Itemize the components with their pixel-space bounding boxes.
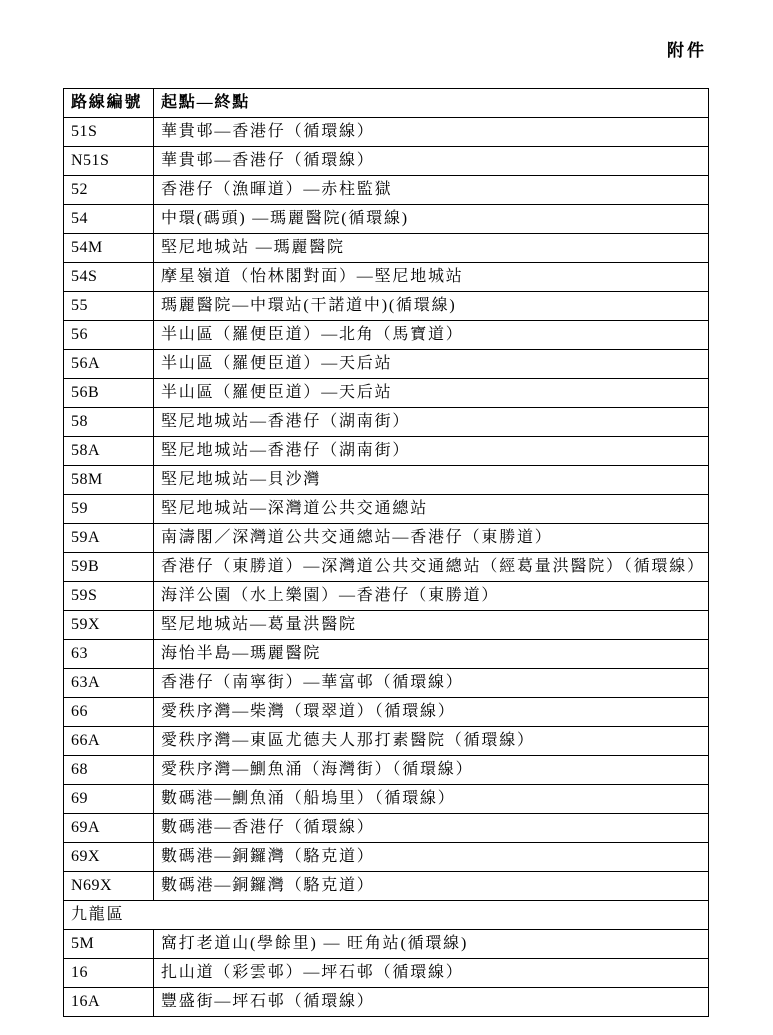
table-row: N69X數碼港—銅鑼灣（駱克道） xyxy=(64,872,709,901)
table-row: 51S華貴邨—香港仔（循環線） xyxy=(64,118,709,147)
route-number-cell: 58 xyxy=(64,408,154,437)
route-number-cell: 69X xyxy=(64,843,154,872)
route-number-cell: 16A xyxy=(64,988,154,1017)
route-endpoints-cell: 南濤閣／深灣道公共交通總站—香港仔（東勝道） xyxy=(154,524,709,553)
route-endpoints-cell: 半山區（羅便臣道）—天后站 xyxy=(154,379,709,408)
route-number-cell: 66 xyxy=(64,698,154,727)
route-endpoints-cell: 香港仔（漁暉道）—赤柱監獄 xyxy=(154,176,709,205)
route-endpoints-cell: 堅尼地城站—香港仔（湖南街） xyxy=(154,437,709,466)
route-number-cell: 5M xyxy=(64,930,154,959)
route-number-cell: 58A xyxy=(64,437,154,466)
route-number-cell: 56B xyxy=(64,379,154,408)
route-number-cell: 59A xyxy=(64,524,154,553)
table-row: 58A堅尼地城站—香港仔（湖南街） xyxy=(64,437,709,466)
route-endpoints-cell: 堅尼地城站 —瑪麗醫院 xyxy=(154,234,709,263)
route-number-cell: 16 xyxy=(64,959,154,988)
route-number-cell: 55 xyxy=(64,292,154,321)
route-endpoints-cell: 香港仔（東勝道）—深灣道公共交通總站（經葛量洪醫院）（循環線） xyxy=(154,553,709,582)
route-endpoints-cell: 半山區（羅便臣道）—天后站 xyxy=(154,350,709,379)
route-endpoints-cell: 海怡半島—瑪麗醫院 xyxy=(154,640,709,669)
table-row: 68愛秩序灣—鰂魚涌（海灣街）（循環線） xyxy=(64,756,709,785)
route-endpoints-cell: 愛秩序灣—鰂魚涌（海灣街）（循環線） xyxy=(154,756,709,785)
route-endpoints-cell: 摩星嶺道（怡林閣對面）—堅尼地城站 xyxy=(154,263,709,292)
route-number-cell: 69A xyxy=(64,814,154,843)
table-row: 16A豐盛街—坪石邨（循環線） xyxy=(64,988,709,1017)
route-number-cell: 63 xyxy=(64,640,154,669)
table-row: 69A數碼港—香港仔（循環線） xyxy=(64,814,709,843)
route-number-cell: 68 xyxy=(64,756,154,785)
attachment-label: 附件 xyxy=(667,36,707,61)
route-endpoints-cell: 愛秩序灣—東區尤德夫人那打素醫院（循環線） xyxy=(154,727,709,756)
route-number-cell: 59S xyxy=(64,582,154,611)
route-number-cell: 54M xyxy=(64,234,154,263)
table-row: 58M堅尼地城站—貝沙灣 xyxy=(64,466,709,495)
table-row: 5M窩打老道山(學餘里) — 旺角站(循環線) xyxy=(64,930,709,959)
table-row: 59B香港仔（東勝道）—深灣道公共交通總站（經葛量洪醫院）（循環線） xyxy=(64,553,709,582)
route-endpoints-cell: 香港仔（南寧街）—華富邨（循環線） xyxy=(154,669,709,698)
table-row: N51S華貴邨—香港仔（循環線） xyxy=(64,147,709,176)
table-row: 66愛秩序灣—柴灣（環翠道）（循環線） xyxy=(64,698,709,727)
route-endpoints-cell: 數碼港—香港仔（循環線） xyxy=(154,814,709,843)
route-number-header: 路線編號 xyxy=(64,89,154,118)
route-number-cell: 59B xyxy=(64,553,154,582)
route-endpoints-cell: 數碼港—銅鑼灣（駱克道） xyxy=(154,872,709,901)
document-page: 附件 路線編號 起點—終點 51S華貴邨—香港仔（循環線）N51S華貴邨—香港仔… xyxy=(0,0,773,1035)
route-table: 路線編號 起點—終點 51S華貴邨—香港仔（循環線）N51S華貴邨—香港仔（循環… xyxy=(63,88,709,1017)
route-table-body: 51S華貴邨—香港仔（循環線）N51S華貴邨—香港仔（循環線）52香港仔（漁暉道… xyxy=(64,118,709,1017)
route-endpoints-cell: 數碼港—鰂魚涌（船塢里）（循環線） xyxy=(154,785,709,814)
table-row: 66A愛秩序灣—東區尤德夫人那打素醫院（循環線） xyxy=(64,727,709,756)
table-row: 56A半山區（羅便臣道）—天后站 xyxy=(64,350,709,379)
table-row: 58堅尼地城站—香港仔（湖南街） xyxy=(64,408,709,437)
route-number-cell: 54 xyxy=(64,205,154,234)
route-endpoints-cell: 數碼港—銅鑼灣（駱克道） xyxy=(154,843,709,872)
route-endpoints-cell: 堅尼地城站—香港仔（湖南街） xyxy=(154,408,709,437)
table-row: 52香港仔（漁暉道）—赤柱監獄 xyxy=(64,176,709,205)
route-endpoints-cell: 堅尼地城站—貝沙灣 xyxy=(154,466,709,495)
table-row: 54中環(碼頭) —瑪麗醫院(循環線) xyxy=(64,205,709,234)
route-endpoints-cell: 豐盛街—坪石邨（循環線） xyxy=(154,988,709,1017)
table-row: 55瑪麗醫院—中環站(干諾道中)(循環線) xyxy=(64,292,709,321)
route-number-cell: 59 xyxy=(64,495,154,524)
route-number-cell: 56A xyxy=(64,350,154,379)
route-number-cell: 52 xyxy=(64,176,154,205)
route-number-cell: 56 xyxy=(64,321,154,350)
route-number-cell: 59X xyxy=(64,611,154,640)
route-endpoints-cell: 半山區（羅便臣道）—北角（馬寶道） xyxy=(154,321,709,350)
table-row: 63海怡半島—瑪麗醫院 xyxy=(64,640,709,669)
table-row: 63A香港仔（南寧街）—華富邨（循環線） xyxy=(64,669,709,698)
route-endpoints-cell: 堅尼地城站—葛量洪醫院 xyxy=(154,611,709,640)
route-endpoints-cell: 瑪麗醫院—中環站(干諾道中)(循環線) xyxy=(154,292,709,321)
table-row: 56半山區（羅便臣道）—北角（馬寶道） xyxy=(64,321,709,350)
route-endpoints-cell: 華貴邨—香港仔（循環線） xyxy=(154,147,709,176)
route-number-cell: 54S xyxy=(64,263,154,292)
table-row: 59堅尼地城站—深灣道公共交通總站 xyxy=(64,495,709,524)
route-number-cell: 58M xyxy=(64,466,154,495)
table-row: 16扎山道（彩雲邨）—坪石邨（循環線） xyxy=(64,959,709,988)
endpoints-header: 起點—終點 xyxy=(154,89,709,118)
table-row: 54S摩星嶺道（怡林閣對面）—堅尼地城站 xyxy=(64,263,709,292)
route-endpoints-cell: 海洋公園（水上樂園）—香港仔（東勝道） xyxy=(154,582,709,611)
route-number-cell: 51S xyxy=(64,118,154,147)
table-row: 59S海洋公園（水上樂園）—香港仔（東勝道） xyxy=(64,582,709,611)
table-row: 59X堅尼地城站—葛量洪醫院 xyxy=(64,611,709,640)
route-endpoints-cell: 中環(碼頭) —瑪麗醫院(循環線) xyxy=(154,205,709,234)
route-endpoints-cell: 窩打老道山(學餘里) — 旺角站(循環線) xyxy=(154,930,709,959)
table-row: 54M堅尼地城站 —瑪麗醫院 xyxy=(64,234,709,263)
table-row: 69數碼港—鰂魚涌（船塢里）（循環線） xyxy=(64,785,709,814)
route-endpoints-cell: 愛秩序灣—柴灣（環翠道）（循環線） xyxy=(154,698,709,727)
table-row: 59A南濤閣／深灣道公共交通總站—香港仔（東勝道） xyxy=(64,524,709,553)
route-number-cell: 66A xyxy=(64,727,154,756)
route-endpoints-cell: 華貴邨—香港仔（循環線） xyxy=(154,118,709,147)
table-row: 56B半山區（羅便臣道）—天后站 xyxy=(64,379,709,408)
route-number-cell: N51S xyxy=(64,147,154,176)
table-row: 69X數碼港—銅鑼灣（駱克道） xyxy=(64,843,709,872)
table-header-row: 路線編號 起點—終點 xyxy=(64,89,709,118)
route-endpoints-cell: 扎山道（彩雲邨）—坪石邨（循環線） xyxy=(154,959,709,988)
section-row: 九龍區 xyxy=(64,901,709,930)
route-number-cell: N69X xyxy=(64,872,154,901)
route-number-cell: 69 xyxy=(64,785,154,814)
route-endpoints-cell: 堅尼地城站—深灣道公共交通總站 xyxy=(154,495,709,524)
section-label: 九龍區 xyxy=(64,901,709,930)
route-number-cell: 63A xyxy=(64,669,154,698)
